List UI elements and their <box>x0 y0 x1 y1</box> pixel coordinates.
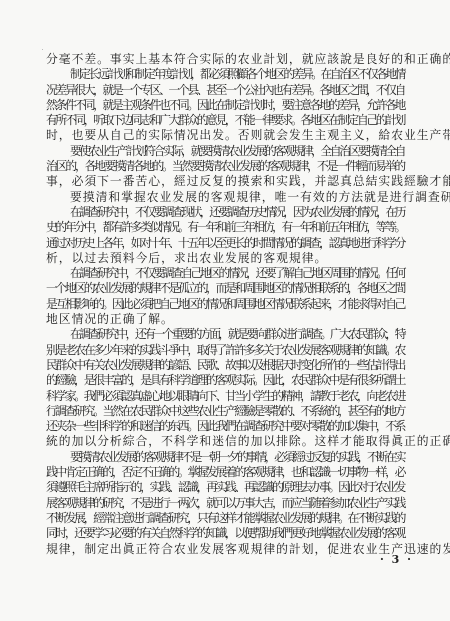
text-line: 規律，制定出眞正符合农业发展客观規律的計划，促进农业生产迅速的发展。 <box>46 542 404 557</box>
text-line: 要使农业生产計划符合实际，就要摸清农业发展的客观規律，全自治区要摸清全自 <box>46 144 404 159</box>
text-line: 析，以过去預料今后，求出农业发展的客观規律。 <box>46 251 404 266</box>
text-line: 况差异很大，就是一个专区、一个县、甚至一个公社內也有差异。各地区之間，不仅自 <box>46 83 404 98</box>
text-line: 要摸清和掌握农业发展的客观規律，唯一有效的方法就是进行調查研究。 <box>46 190 404 205</box>
text-line: 須遵照毛主席所指示的，实践、認識，再实践、再認識的原理去办事。因此对于农业发 <box>46 480 404 495</box>
text-line: 制定长远計划和制定年度計划，都必須照顧各个地区的差异。在自治区不仅各地情 <box>46 67 404 82</box>
text-line: 要摸清农业发展的客观規律不是一朝一夕的事情，必須經过反复的实践，不断在实 <box>46 450 404 465</box>
text-line: 統的加以分析綜合，不科学和迷信的加以排除。这样才能取得眞正的正确的知識。 <box>46 434 404 449</box>
text-line: 民群众中有关农业发展規律的諺語、民歌、故事以及根据天时变化所作的一些估計得出 <box>46 358 404 373</box>
text-line: 是互相影响的。因此必須把自己地区的情况和周围地区情况联系起来，才能求得对自己 <box>46 297 404 312</box>
text-line: 行調查研究。当然在农民群众中这些农业生产經驗是零散的、不系統的，甚至有的地方 <box>46 404 404 419</box>
text-line: 不断发展，經常注意进行調查研究，只有这样才能掌握农业发展的規律。在不断实践的 <box>46 511 404 526</box>
text-line: 的經驗，是很丰富的，是具有科学道理的客观实际。因此，农民群众中是有很多所謂土 <box>46 373 404 388</box>
text-line: 通过对历史上各年，如对十年、十五年以至更长的时間情况的調查，認真地进行科学分 <box>46 236 404 251</box>
text-line: 同时，还要学习必要的有关自然科学的知識，以便帮助我們更好地掌握农业发展的客观 <box>46 526 404 541</box>
text-line: 别是老农在多少年来的实践斗爭中，取得了許許多多关于农业发展客观規律的知識。农 <box>46 343 404 358</box>
scan-speck <box>42 49 43 50</box>
text-line: 科学家。我們必須認真虛心地以眼睛向下、甘当小学生的精神，請教于老农，向老农进 <box>46 389 404 404</box>
text-line: 治区的，各地要摸清各地的。当然要摸清农业发展的客观規律，不是一件輕而易举的 <box>46 159 404 174</box>
body-text: 分毫不差。事实上基本符合实际的农业計划，就应該說是良好的和正确的农业計划。制定长… <box>46 52 404 557</box>
page-number: · 3 · <box>380 553 413 566</box>
text-line: 还夹杂一些非科学的和迷信的东西。因此我們在調查研究中要对零散的加以集中，不系 <box>46 419 404 434</box>
text-line: 在調查研究中，不仅要調查自己地区的情况，还要了解自己地区周围的情况。任何 <box>46 266 404 281</box>
text-line: 有所不同，听取下边同志和广大群众的意見，不能一律要求。各地区在制定自己的計划 <box>46 113 404 128</box>
text-line: 时，也要从自己的实际情况出发。否则就会发生主观主义，給农业生产带来損失。 <box>46 128 404 143</box>
text-line: 一个地区的农业发展的規律不是孤立的，而是和周围地区的情况相联系的，各地区之間 <box>46 281 404 296</box>
document-page: 分毫不差。事实上基本符合实际的农业計划，就应該說是良好的和正确的农业計划。制定长… <box>0 0 450 621</box>
text-line: 史的年分中，都有許多类似情况。有一年和前三年相仿，有一年和前五年相仿，等等。 <box>46 220 404 235</box>
text-line: 践中肯定正确的，否定不正确的。掌握发展着的客观規律，也和認識一切事物一样，必 <box>46 465 404 480</box>
scan-speck <box>330 556 331 557</box>
text-line: 然条件不同，就是主观条件也不同。因此在制定計划时，要注意各地的差异，允許各地 <box>46 98 404 113</box>
text-line: 事，必須下一番苦心，經过反复的摸索和实践，并認真总結实践經驗才能取得的。 <box>46 174 404 189</box>
text-line: 在調查研究中，不仅要調查现状，还要調查历史情况，因为农业发展的情况，在历 <box>46 205 404 220</box>
scan-speck <box>366 305 367 306</box>
text-line: 在調查研究中，还有一个重要的方面，就是要向群众进行調查。广大农民群众，特 <box>46 327 404 342</box>
text-line: 分毫不差。事实上基本符合实际的农业計划，就应該說是良好的和正确的农业計划。 <box>46 52 404 67</box>
text-line: 展客观規律的研究，不是进行一两次，就可以万事大吉，而应当随着参加农业生产实践 <box>46 496 404 511</box>
text-line: 地区情况的正确了解。 <box>46 312 404 327</box>
